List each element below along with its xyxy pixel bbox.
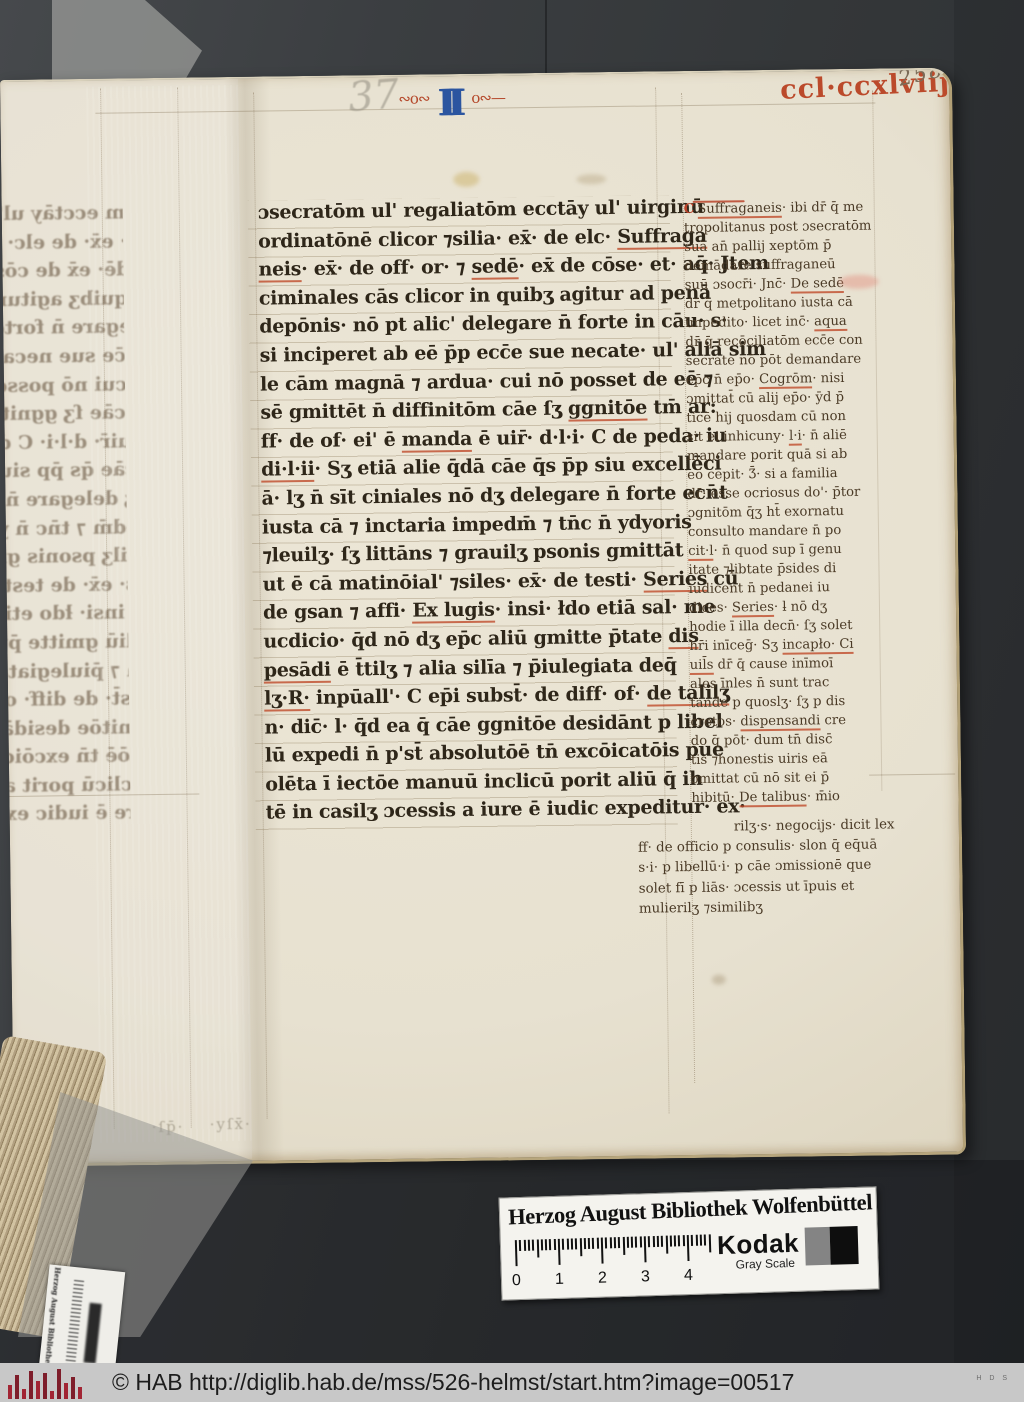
text-line: consulto mandare n̄ po	[688, 520, 888, 542]
ruler-tick	[575, 1238, 577, 1249]
rubric-underline: Suffraganeis	[697, 201, 782, 219]
gloss-column: CSuffraganeis· ibi dr̄ q̄ metropolitanus…	[684, 197, 892, 808]
ruler-tick	[566, 1239, 568, 1250]
text-line: si inciperet ab eē p̄p ecc̄e sue necate·…	[259, 336, 663, 370]
ruler-tick	[532, 1240, 534, 1251]
ruler-tick	[528, 1240, 530, 1251]
logo-bar	[36, 1381, 40, 1399]
rubric-underline: di·l·ii	[261, 458, 315, 483]
ruler-tick	[657, 1236, 659, 1247]
blue-initial: II	[434, 82, 466, 124]
black-patch	[830, 1226, 859, 1265]
text-line: hibitū· De talibus· m̄io	[691, 786, 891, 808]
rubric-underline: cit·l	[688, 544, 714, 561]
logo-bar	[15, 1375, 19, 1399]
logo-bar	[22, 1389, 26, 1399]
text-line: ɔmittat̄ cū alij ep̄o· ȳd p̄	[686, 387, 886, 409]
ruler-tick	[622, 1237, 625, 1255]
ruler-tick	[519, 1240, 521, 1251]
hab-barcode-logo-icon	[8, 1367, 108, 1399]
text-line: ɔmittat cū nō sit ei p̄	[691, 767, 891, 789]
text-line: tis ⁊honestis uiris eā	[691, 748, 891, 770]
ruler-tick	[605, 1237, 607, 1248]
ruler-tick	[614, 1237, 616, 1248]
ruler-tick	[652, 1236, 654, 1247]
text-line: mulierilʒ ⁊similibʒ	[639, 896, 897, 920]
logo-bar	[71, 1377, 75, 1399]
ruler-tick	[545, 1239, 547, 1250]
text-line: s·i· p libellū·i· p cāe ɔmissionē que	[638, 856, 896, 880]
rubric-underline: l·i	[789, 429, 802, 446]
logo-bar	[8, 1385, 12, 1399]
ruler-tick	[523, 1240, 525, 1251]
ruler-tick	[601, 1238, 604, 1264]
rubric-underline: lʒ·R·	[264, 687, 310, 712]
text-line: mandare porit quā si ab	[687, 444, 887, 466]
ruler-tick	[682, 1235, 684, 1246]
rubric-underline: Ex lugis	[412, 599, 495, 624]
library-name-label: Herzog August Bibliothek Wolfenbüttel	[508, 1189, 869, 1230]
rubric-underline: De sedē	[791, 276, 845, 294]
text-line: ep̄c n̄ ep̄o· Cogrōm· nisi	[686, 368, 886, 390]
manuscript-page: ɔsecratōm ul' regaliatōm ecctāy ul' uirg…	[0, 68, 966, 1167]
text-line: dices· Series· ƚ nō dʒ	[689, 596, 889, 618]
ruler-tick	[592, 1238, 594, 1249]
main-text-block: ɔsecratōm ul' regaliatōm ecctāy ul' uirg…	[258, 193, 670, 827]
ruler-tick	[648, 1236, 650, 1247]
ruler-tick	[588, 1238, 590, 1249]
photo-stage: ɔsecratōm ul' regaliatōm ecctāy ul' uirg…	[0, 0, 1024, 1402]
text-line: tē in casilʒ ɔcessis a iure ē iudic expe…	[265, 794, 669, 828]
ruler-tick	[661, 1236, 663, 1247]
quire-mark: ·yſx̄·	[210, 1115, 252, 1134]
ruler-tick	[670, 1236, 672, 1247]
ruler-tick	[536, 1239, 539, 1257]
text-line: dr̄ q̄ metpolitano iusta cā	[685, 292, 885, 314]
manuscript-page-surface: ɔsecratōm ul' regaliatōm ecctāy ul' uirg…	[0, 70, 963, 1164]
ruler-tick	[627, 1237, 629, 1248]
ruler-number: 3	[641, 1268, 650, 1286]
ruler-tick	[618, 1237, 620, 1248]
logo-bar	[64, 1383, 68, 1399]
text-line: dr̄· esse ocriosus do'· p̄tor	[687, 482, 887, 504]
rubric-underline: sedē	[471, 255, 518, 280]
text-line: ɔgnitōm q̄ʒ ht̄ exornatu	[688, 501, 888, 523]
text-line: cit·l· n̄ quod sup ī genu	[688, 539, 888, 561]
text-line: tande p quoslʒ· ſʒ p dis	[690, 691, 890, 713]
text-line: demādare suffraganeū	[684, 254, 884, 276]
pencil-foliation-old: 37	[346, 71, 401, 121]
ruler-tick	[665, 1236, 668, 1254]
gloss-bottom-block: rilʒ·s· negocijs· dicit lexff· de offici…	[638, 815, 897, 919]
ruler-tick	[678, 1235, 680, 1246]
text-line: uil̄s dr̄ q̄ cause inīmoī	[690, 653, 890, 675]
stain	[712, 975, 726, 985]
gray-scale-card: Herzog August Bibliothek Wolfenbüttel 01…	[499, 1186, 880, 1300]
red-flourish-left: ∾o∾	[398, 89, 429, 107]
ruler-tick	[553, 1239, 555, 1250]
text-line: ticē hij quosdam cū non	[686, 406, 886, 428]
ruler-tick	[674, 1235, 676, 1246]
text-line: impedito· licet inc̄· aqua	[685, 311, 885, 333]
red-flourish-right: o∾—	[471, 88, 505, 106]
ruler-tick	[571, 1238, 573, 1249]
text-line: cretos· dispensandi cre	[690, 710, 890, 732]
ruler-tick	[695, 1235, 697, 1246]
logo-bar	[50, 1391, 54, 1399]
ruler-number: 0	[512, 1272, 521, 1290]
logo-bar	[78, 1387, 82, 1399]
text-line: tropolitanus post ɔsecratōm	[684, 216, 884, 238]
ruler-tick	[579, 1238, 582, 1256]
logo-bar	[29, 1371, 33, 1399]
side-card-ruler	[65, 1277, 84, 1366]
gray-scale-label: Gray Scale	[735, 1256, 795, 1272]
ruler-tick	[700, 1235, 702, 1246]
caption-bar: © HAB http://diglib.hab.de/mss/526-helms…	[0, 1363, 1024, 1402]
ruler-tick	[515, 1240, 518, 1266]
ruler-number: 1	[555, 1271, 564, 1289]
text-line: sit ei inhicuny· l·i· n̄ aliē	[687, 425, 887, 447]
rubric-underline: Cogrōm	[759, 371, 812, 389]
heading-numeral-ornament: ∾o∾ II o∾—	[398, 81, 505, 124]
rubric-underline: pesādi	[264, 658, 331, 683]
ruler-tick	[704, 1234, 706, 1245]
rubric-underline: aqua	[814, 314, 847, 331]
ruler-tick	[541, 1239, 543, 1250]
text-line: itate ⁊libtate p̄sides di	[688, 558, 888, 580]
ruler-tick	[631, 1237, 633, 1248]
ruler-tick	[584, 1238, 586, 1249]
ruler-tick	[635, 1237, 637, 1248]
text-line: hr̄i inīceḡ· Sʒ incapło· Ci	[689, 634, 889, 656]
text-line: secrate nō pōt demandare	[686, 349, 886, 371]
text-line: suā an̄ pallij xeptōm p̄	[684, 235, 884, 257]
text-line: ucdicio· q̄d nō dʒ ep̄c aliū gmitte p̄ta…	[263, 622, 667, 656]
ruler-tick	[562, 1239, 564, 1250]
ruler-tick	[708, 1234, 711, 1252]
rubric-underline: manda	[402, 428, 473, 453]
corner-mark: H D S	[976, 1375, 1010, 1382]
copyright-caption: © HAB http://diglib.hab.de/mss/526-helms…	[112, 1369, 794, 1396]
ruler-tick	[558, 1239, 561, 1265]
stain	[576, 174, 606, 184]
text-line: iudicent n̄ pedanei iu	[689, 577, 889, 599]
rubric-underline: dispensandi	[740, 713, 820, 731]
rubric-underline: incapło· Ci	[782, 637, 854, 655]
logo-bar	[57, 1369, 61, 1399]
text-line: CSuffraganeis· ibi dr̄ q̄ me	[684, 197, 884, 219]
ruler-number: 2	[598, 1269, 607, 1287]
ruler-tick	[549, 1239, 551, 1250]
text-line: dr̄ q̄ recōciliatōm ecc̄e con	[685, 330, 885, 352]
paragraph-mark-red: C	[684, 200, 695, 219]
ruler-tick	[687, 1235, 690, 1261]
side-card-patch	[84, 1303, 102, 1364]
text-line: ā· lʒ n̄ sīt ciniales nō dʒ delegare n̄ …	[261, 479, 665, 513]
rubric-underline: ggnitōe	[568, 397, 647, 422]
ruler-number: 4	[684, 1267, 693, 1285]
ruler-scale: 01234	[511, 1234, 718, 1292]
gray-scale-card-side: Herzog August Bibliothek Wolfenbüttel	[39, 1264, 125, 1375]
ruler-tick	[639, 1236, 641, 1247]
rubric-underline: uil̄s	[690, 658, 714, 675]
text-line: do q̄ pōt· dum tn̄ disc̄	[691, 729, 891, 751]
stain	[453, 172, 479, 187]
rubric-underline: Series	[732, 600, 774, 618]
gray-patch	[805, 1227, 831, 1266]
rubric-underline: neis	[258, 258, 301, 283]
ruler-tick	[644, 1236, 647, 1262]
ruler-tick	[609, 1237, 611, 1248]
text-line: eō cepit· Ʒ̄· si a familia	[687, 463, 887, 485]
ruler-tick	[596, 1238, 598, 1249]
rubric-underline: De talibus	[739, 790, 807, 808]
logo-bar	[43, 1373, 47, 1399]
text-line: ales īnles n̄ sunt trac	[690, 672, 890, 694]
text-line: hodie ī illa decn̄· ſʒ solet	[689, 615, 889, 637]
ruler-tick	[691, 1235, 693, 1246]
